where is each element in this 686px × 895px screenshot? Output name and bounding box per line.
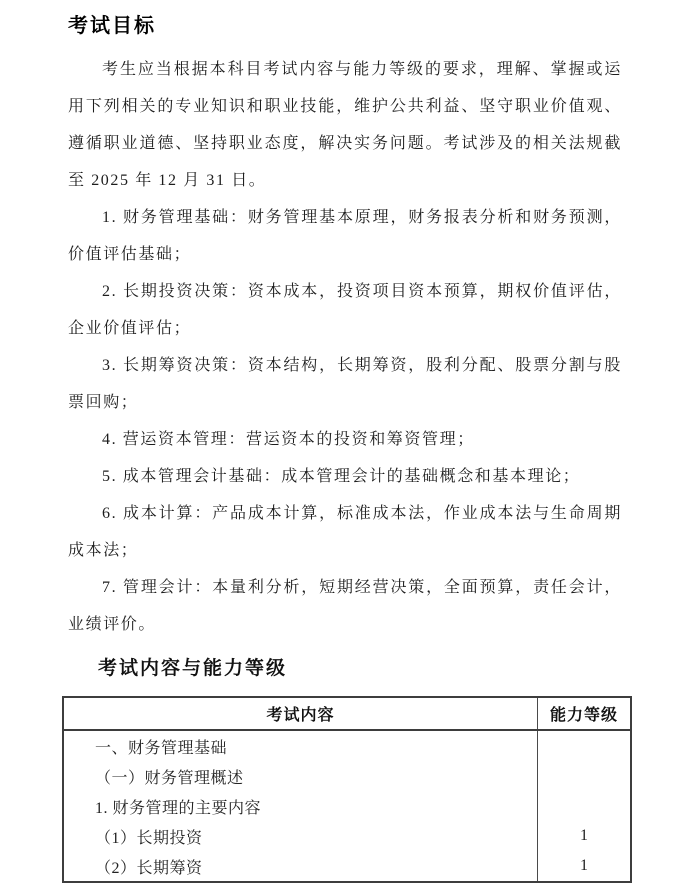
- paragraph-item-1: 1. 财务管理基础：财务管理基本原理，财务报表分析和财务预测，价值评估基础；: [68, 199, 622, 273]
- cell-ability-level: [537, 791, 630, 821]
- cell-ability-level: [537, 761, 630, 791]
- cell-exam-content: 一、财务管理基础: [64, 731, 537, 761]
- document-page: 考试目标 考生应当根据本科目考试内容与能力等级的要求，理解、掌握或运用下列相关的…: [0, 0, 686, 895]
- table-header-exam-content: 考试内容: [64, 698, 537, 729]
- paragraph-item-2: 2. 长期投资决策：资本成本，投资项目资本预算，期权价值评估，企业价值评估；: [68, 273, 622, 347]
- paragraph-item-3: 3. 长期筹资决策：资本结构，长期筹资，股利分配、股票分割与股票回购；: [68, 347, 622, 421]
- table-row: 1. 财务管理的主要内容: [64, 791, 630, 821]
- exam-content-table: 考试内容 能力等级 一、财务管理基础 （一）财务管理概述 1. 财务管理的主要内…: [62, 696, 632, 883]
- table-row: （1）长期投资 1: [64, 821, 630, 851]
- cell-exam-content: （2）长期筹资: [64, 851, 537, 881]
- table-header-row: 考试内容 能力等级: [64, 698, 630, 731]
- paragraph-item-6: 6. 成本计算：产品成本计算，标准成本法，作业成本法与生命周期成本法；: [68, 495, 622, 569]
- page-title: 考试目标: [68, 12, 622, 40]
- cell-ability-level: 1: [537, 821, 630, 851]
- paragraph-item-4: 4. 营运资本管理：营运资本的投资和筹资管理；: [68, 421, 622, 458]
- paragraph-intro: 考生应当根据本科目考试内容与能力等级的要求，理解、掌握或运用下列相关的专业知识和…: [68, 51, 622, 199]
- table-header-ability-level: 能力等级: [537, 698, 630, 729]
- cell-exam-content: （1）长期投资: [64, 821, 537, 851]
- table-row: （2）长期筹资 1: [64, 851, 630, 881]
- table-row: （一）财务管理概述: [64, 761, 630, 791]
- paragraph-item-7: 7. 管理会计：本量利分析，短期经营决策，全面预算，责任会计，业绩评价。: [68, 569, 622, 643]
- cell-ability-level: [537, 731, 630, 761]
- text-column: 考试目标 考生应当根据本科目考试内容与能力等级的要求，理解、掌握或运用下列相关的…: [68, 12, 622, 682]
- section-heading: 考试内容与能力等级: [98, 656, 622, 682]
- cell-exam-content: 1. 财务管理的主要内容: [64, 791, 537, 821]
- table-row: 一、财务管理基础: [64, 731, 630, 761]
- cell-exam-content: （一）财务管理概述: [64, 761, 537, 791]
- cell-ability-level: 1: [537, 851, 630, 881]
- paragraph-item-5: 5. 成本管理会计基础：成本管理会计的基础概念和基本理论；: [68, 458, 622, 495]
